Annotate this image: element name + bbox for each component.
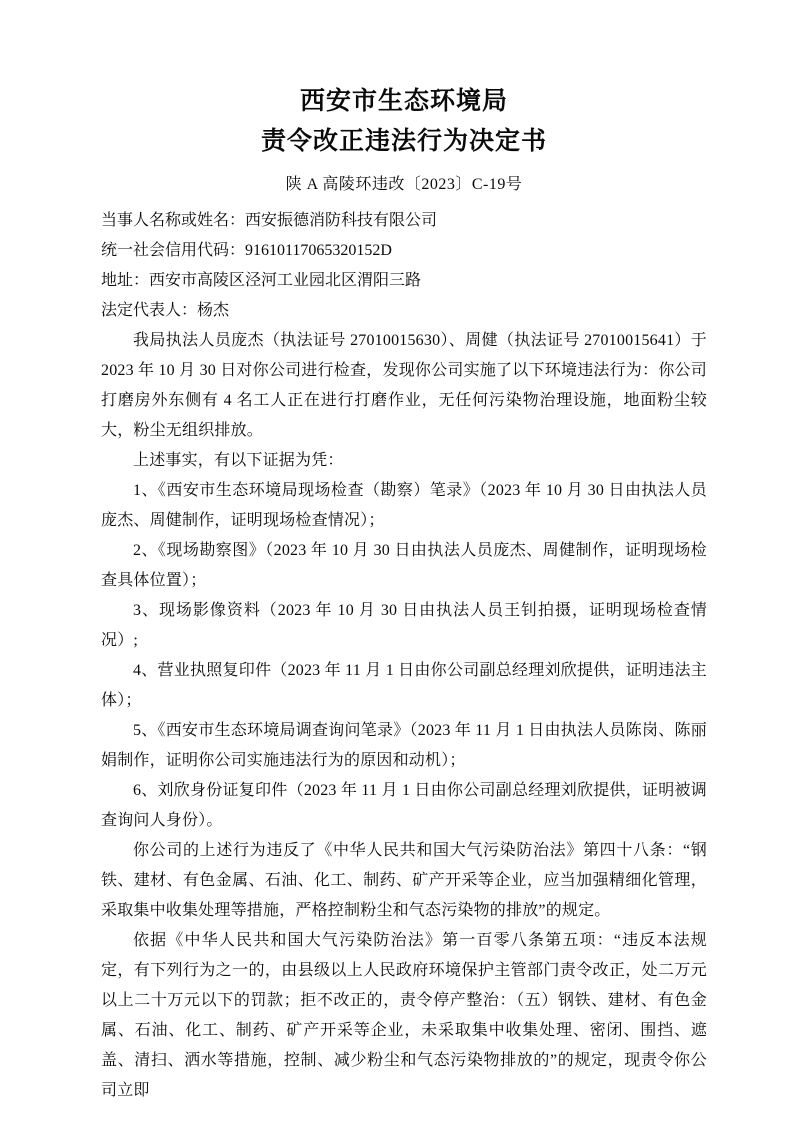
document-page: 西安市生态环境局 责令改正违法行为决定书 陕 A 高陵环违改〔2023〕C-19… bbox=[0, 0, 800, 1133]
paragraph-violation-clause: 你公司的上述行为违反了《中华人民共和国大气污染防治法》第四十八条：“钢铁、建材、… bbox=[101, 836, 707, 926]
title-block: 西安市生态环境局 责令改正违法行为决定书 bbox=[101, 82, 707, 162]
paragraph-evidence-item-3: 3、现场影像资料（2023 年 10 月 30 日由执法人员王钊拍摄，证明现场检… bbox=[101, 596, 707, 656]
document-number: 陕 A 高陵环违改〔2023〕C-19号 bbox=[101, 173, 707, 197]
field-party-name: 当事人名称或姓名：西安振德消防科技有限公司 bbox=[101, 206, 707, 236]
field-address-label: 地址： bbox=[101, 272, 149, 289]
document-body: 我局执法人员庞杰（执法证号 27010015630）、周健（执法证号 27010… bbox=[101, 326, 707, 1106]
field-legal-representative: 法定代表人：杨杰 bbox=[101, 296, 707, 326]
field-party-name-value: 西安振德消防科技有限公司 bbox=[245, 212, 437, 229]
party-fields: 当事人名称或姓名：西安振德消防科技有限公司 统一社会信用代码：916101170… bbox=[101, 206, 707, 326]
field-legal-representative-value: 杨杰 bbox=[197, 302, 229, 319]
paragraph-evidence-item-2: 2、《现场勘察图》（2023 年 10 月 30 日由执法人员庞杰、周健制作，证… bbox=[101, 536, 707, 596]
document-title-line2: 责令改正违法行为决定书 bbox=[101, 122, 707, 162]
field-address-value: 西安市高陵区泾河工业园北区渭阳三路 bbox=[149, 272, 421, 289]
paragraph-evidence-intro: 上述事实，有以下证据为凭： bbox=[101, 446, 707, 476]
paragraph-evidence-item-5: 5、《西安市生态环境局调查询问笔录》（2023 年 11 月 1 日由执法人员陈… bbox=[101, 716, 707, 776]
paragraph-evidence-item-6: 6、刘欣身份证复印件（2023 年 11 月 1 日由你公司副总经理刘欣提供，证… bbox=[101, 776, 707, 836]
document-title-line1: 西安市生态环境局 bbox=[101, 82, 707, 122]
field-address: 地址：西安市高陵区泾河工业园北区渭阳三路 bbox=[101, 266, 707, 296]
field-credit-code: 统一社会信用代码：91610117065320152D bbox=[101, 236, 707, 266]
paragraph-evidence-item-1: 1、《西安市生态环境局现场检查（勘察）笔录》（2023 年 10 月 30 日由… bbox=[101, 476, 707, 536]
paragraph-evidence-item-4: 4、营业执照复印件（2023 年 11 月 1 日由你公司副总经理刘欣提供，证明… bbox=[101, 656, 707, 716]
field-legal-representative-label: 法定代表人： bbox=[101, 302, 197, 319]
field-credit-code-label: 统一社会信用代码： bbox=[101, 242, 245, 259]
field-credit-code-value: 91610117065320152D bbox=[245, 242, 392, 259]
paragraph-legal-basis: 依据《中华人民共和国大气污染防治法》第一百零八条第五项：“违反本法规定，有下列行… bbox=[101, 926, 707, 1106]
paragraph-inspection-findings: 我局执法人员庞杰（执法证号 27010015630）、周健（执法证号 27010… bbox=[101, 326, 707, 446]
field-party-name-label: 当事人名称或姓名： bbox=[101, 212, 245, 229]
